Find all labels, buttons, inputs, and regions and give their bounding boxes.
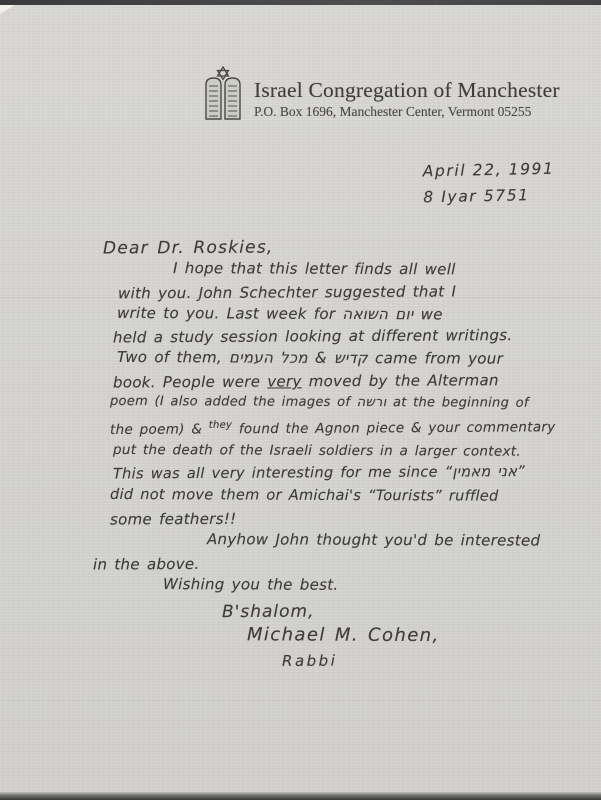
scan-edge-top (0, 0, 601, 5)
letter-body: Dear Dr. Roskies, I hope that this lette… (0, 236, 601, 672)
body-text: the poem) & (110, 422, 209, 439)
closing-block: B'shalom, Michael M. Cohen, Rabbi (0, 600, 601, 671)
body-line: held a study session looking at differen… (113, 324, 601, 349)
scan-edge-bottom (0, 792, 601, 800)
paper-corner-notch (0, 5, 15, 14)
paper-fold-line (0, 297, 601, 300)
body-line: did not move them or Amichai's “Tourists… (110, 484, 601, 508)
paper-fold-line (0, 700, 601, 703)
body-line: I hope that this letter finds all well (173, 257, 601, 281)
letter-paper: Israel Congregation of Manchester P.O. B… (0, 5, 601, 792)
body-text: found the Agnon piece & your commentary (232, 420, 555, 438)
tablets-star-of-david-icon (203, 65, 243, 128)
signature-title: Rabbi (282, 647, 601, 673)
body-line: book. People were very moved by the Alte… (113, 368, 601, 393)
org-address: P.O. Box 1696, Manchester Center, Vermon… (254, 104, 560, 120)
letterhead-text: Israel Congregation of Manchester P.O. B… (254, 63, 560, 120)
org-name: Israel Congregation of Manchester (254, 78, 560, 103)
letterhead: Israel Congregation of Manchester P.O. B… (203, 63, 560, 128)
body-line: put the death of the Israeli soldiers in… (113, 439, 601, 463)
body-line: Wishing you the best. (163, 573, 601, 597)
inserted-word: they (209, 420, 233, 431)
body-line: in the above. (93, 550, 601, 575)
date-block: April 22, 1991 8 Iyar 5751 (422, 156, 555, 211)
closing: B'shalom, (222, 599, 601, 624)
signature-name: Michael M. Cohen, (247, 622, 601, 649)
body-line: some feathers!! (110, 506, 601, 531)
salutation: Dear Dr. Roskies, (103, 234, 601, 259)
body-line: write to you. Last week for יום השואה‎ w… (117, 302, 601, 326)
scanned-letter-page: Israel Congregation of Manchester P.O. B… (0, 0, 601, 800)
body-text: book. People were (113, 372, 267, 391)
underlined-word: very (267, 372, 301, 390)
hebrew-date: 8 Iyar 5751 (423, 182, 555, 211)
body-line: Anyhow John thought you'd be interested (207, 528, 601, 552)
body-line: Two of them, מכל העמים‎ & קדיש‎ came fro… (117, 346, 601, 370)
body-line: This was all very interesting for me sin… (113, 461, 601, 486)
body-line: with you. John Schechter suggested that … (118, 279, 601, 304)
body-text: moved by the Alterman (302, 371, 499, 390)
body-line: the poem) & they found the Agnon piece &… (110, 413, 601, 442)
body-line: poem (I also added the images of ורשה‎ a… (110, 391, 601, 415)
civil-date: April 22, 1991 (422, 156, 554, 185)
